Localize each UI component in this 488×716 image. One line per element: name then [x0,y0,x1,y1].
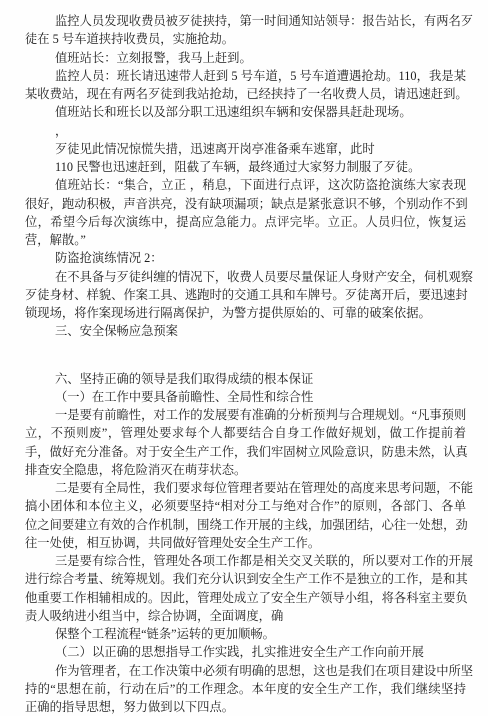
text-line: 某收费站，现在有两名歹徒到我站抢劫，已经挟持了一名收费人员，请迅速赶到。 [25,85,466,103]
text-line: 往一处使，相互协调，共同做好管理处安全生产工作。 [25,534,466,552]
text-line: 歹徒身材、样貌、作案工具、逃跑时的交通工具和车牌号。歹徒离开后，要迅速封 [25,286,466,304]
text-line: 值班站长：“集合，立正 ，稍息，下面进行点评，这次防盗抢演练大家表现 [25,176,466,194]
text-line: 正确的指导思想，努力做到以下四点。 [25,698,466,716]
text-line: 歹徒见此情况惊慌失措，迅速离开岗亭准备乘车逃窜，此时 [25,140,466,158]
text-line: 110 民警也迅速赶到，阻截了车辆，最终通过大家努力制服了歹徒。 [25,158,466,176]
text-line: 保整个工程流程“链条”运转的更加顺畅。 [25,625,466,643]
text-line: 锁现场，将作案现场进行隔离保护，为警方提供原始的、可靠的破案依据。 [25,304,466,322]
heading-line: 六、坚持正确的领导是我们取得成绩的根本保证 [25,370,466,388]
text-line: 防盗抢演练情况 2： [25,249,466,267]
section-gap [25,341,466,370]
text-line: 徒在 5 号车道挟持收费员，实施抢劫。 [25,30,466,48]
text-line: 他重要工作相辅相成的。因此，管理处成立了安全生产领导小组，将各科室主要负 [25,589,466,607]
text-line: 立，不预则废”，管理处要求每个人都要结合自身工作做好规划，做工作提前着 [25,424,466,442]
text-line: 监控人员：班长请迅速带人赶到 5 号车道，5 号车道遭遇抢劫。110，我是某 [25,67,466,85]
text-line: ， [25,122,466,140]
document-body: 监控人员发现收费员被歹徒挟持，第一时间通知站领导：报告站长，有两名歹徒在 5 号… [25,12,466,716]
text-line: 作为管理者，在工作决策中必须有明确的思想，这也是我们在项目建设中所坚 [25,662,466,680]
text-line: 位，希望今后每次演练中，提高应急能力。点评完毕。立正。人员归位，恢复运 [25,213,466,231]
text-line: 在不具备与歹徒纠缠的情况下，收费人员要尽量保证人身财产安全，伺机观察 [25,268,466,286]
text-line: 营，解散。” [25,231,466,249]
text-line: 排查安全隐患，将危险消灭在萌芽状态。 [25,461,466,479]
text-line: 三是要有综合性，管理处各项工作都是相关交叉关联的，所以要对工作的开展 [25,552,466,570]
text-line: 很好，跑动积极，声音洪亮，没有缺项漏项；缺点是紧张意识不够，个别动作不到 [25,195,466,213]
text-line: 搞小团体和本位主义，必须要坚持“相对分工与绝对合作”的原则，各部门、各单 [25,497,466,515]
text-line: 持的“思想在前，行动在后”的工作理念。本年度的安全生产工作，我们继续坚持 [25,680,466,698]
heading-line: 三、安全保畅应急预案 [25,322,466,340]
heading-line: （二）以正确的思想指导工作实践，扎实推进安全生产工作向前开展 [25,643,466,661]
text-line: 位之间要建立有效的合作机制，围绕工作开展的主线，加强团结，心往一处想，劲 [25,516,466,534]
text-line: 监控人员发现收费员被歹徒挟持，第一时间通知站领导：报告站长，有两名歹 [25,12,466,30]
document-page: 监控人员发现收费员被歹徒挟持，第一时间通知站领导：报告站长，有两名歹徒在 5 号… [0,0,488,716]
text-line: 手，做好充分准备。对于安全生产工作，我们牢固树立风险意识，防患未然，认真 [25,443,466,461]
text-line: 责人吸纳进小组当中，综合协调，全面调度，确 [25,607,466,625]
text-line: 二是要有全局性，我们要求每位管理者要站在管理处的高度来思考问题，不能 [25,479,466,497]
text-line: 值班站长和班长以及部分职工迅速组织车辆和安保器具赶赴现场。 [25,103,466,121]
text-line: 值班站长：立刻报警，我马上赶到。 [25,49,466,67]
text-line: 一是要有前瞻性，对工作的发展要有准确的分析预判与合理规划。“凡事预则 [25,406,466,424]
heading-line: （一）在工作中要具备前瞻性、全局性和综合性 [25,388,466,406]
text-line: 进行综合考量、统筹规划。我们充分认识到安全生产工作不是独立的工作，是和其 [25,570,466,588]
